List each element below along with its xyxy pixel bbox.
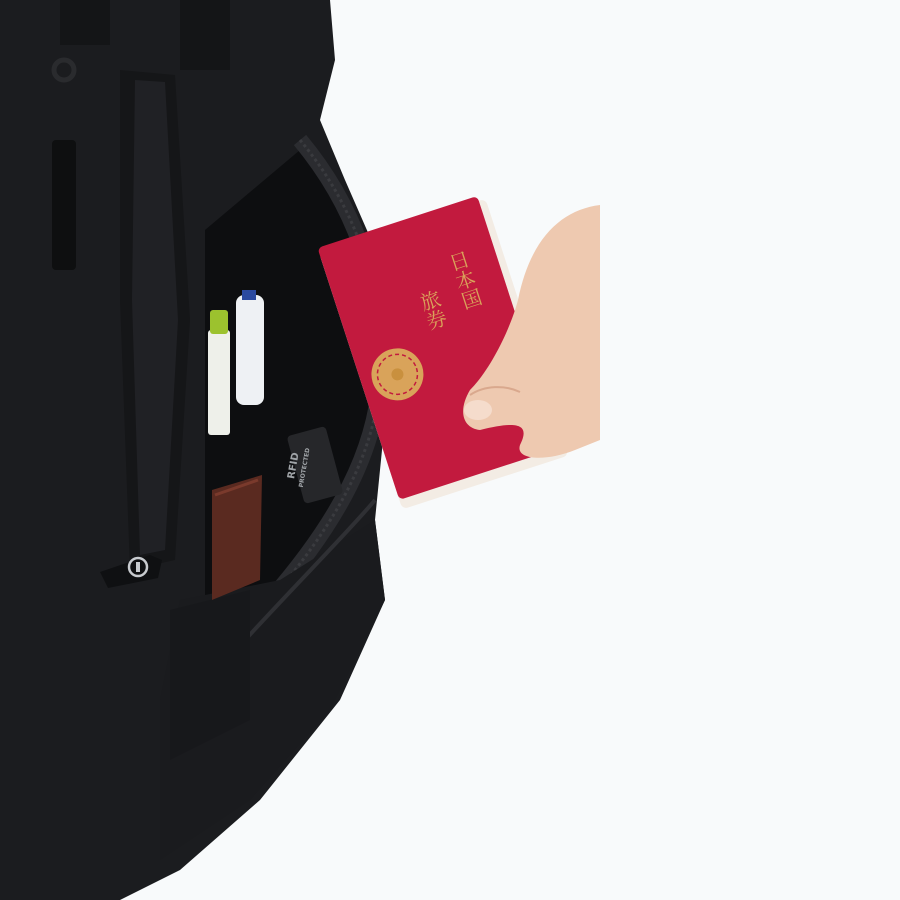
zipper-pull — [52, 140, 76, 270]
pen-white — [236, 295, 264, 405]
top-strap-right — [180, 0, 230, 70]
top-strap-left — [60, 0, 110, 45]
pen-green — [208, 330, 230, 435]
thumbnail — [464, 400, 492, 420]
backpack-illustration — [0, 0, 900, 900]
product-photo: 日本国 旅券 RFID PROTECTED — [0, 0, 900, 900]
